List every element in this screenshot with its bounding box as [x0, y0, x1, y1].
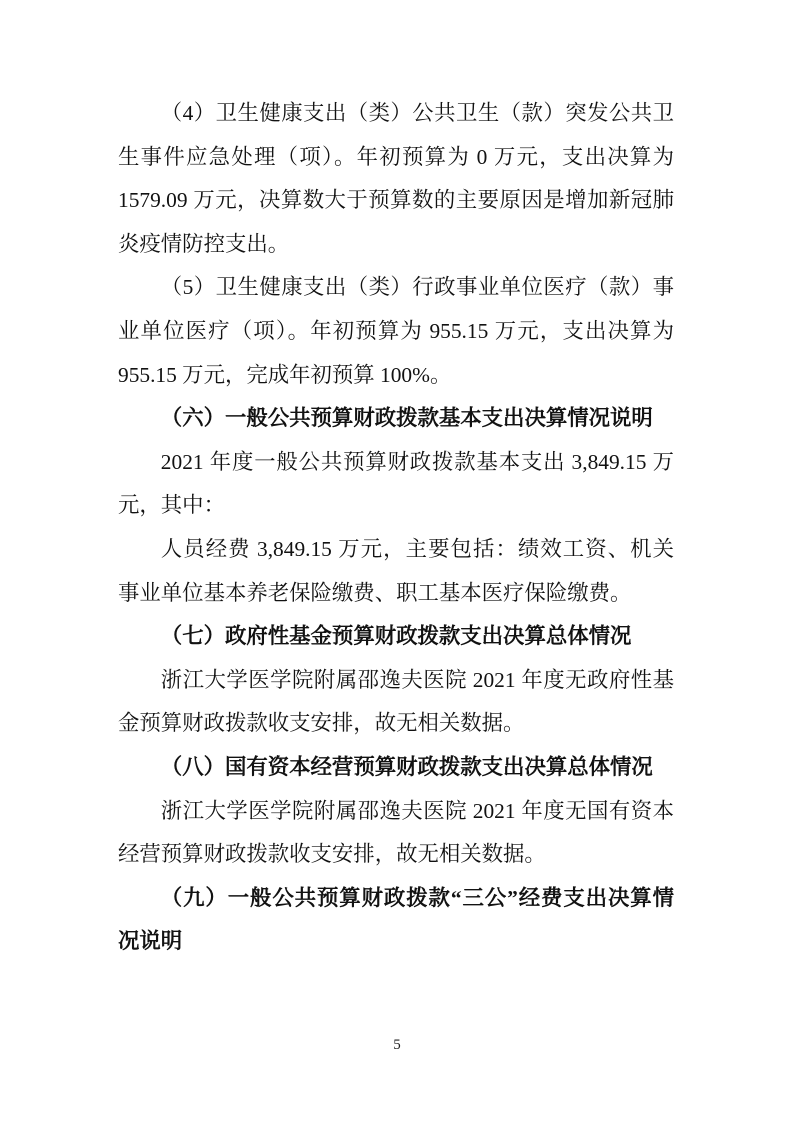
paragraph-section-seven: 浙江大学医学院附属邵逸夫医院 2021 年度无政府性基金预算财政拨款收支安排，故… — [118, 659, 674, 746]
paragraph-section-eight: 浙江大学医学院附属邵逸夫医院 2021 年度无国有资本经营预算财政拨款收支安排，… — [118, 790, 674, 877]
heading-section-nine: （九）一般公共预算财政拨款“三公”经费支出决算情况说明 — [118, 877, 674, 964]
paragraph-section-six-total: 2021 年度一般公共预算财政拨款基本支出 3,849.15 万元，其中： — [118, 441, 674, 528]
heading-section-eight: （八）国有资本经营预算财政拨款支出决算总体情况 — [118, 746, 674, 790]
paragraph-personnel-funds: 人员经费 3,849.15 万元，主要包括：绩效工资、机关事业单位基本养老保险缴… — [118, 528, 674, 615]
page-number: 5 — [0, 1035, 794, 1055]
heading-section-seven: （七）政府性基金预算财政拨款支出决算总体情况 — [118, 615, 674, 659]
document-page: （4）卫生健康支出（类）公共卫生（款）突发公共卫生事件应急处理（项）。年初预算为… — [0, 0, 794, 1123]
paragraph-item-5: （5）卫生健康支出（类）行政事业单位医疗（款）事业单位医疗（项）。年初预算为 9… — [118, 266, 674, 397]
paragraph-item-4: （4）卫生健康支出（类）公共卫生（款）突发公共卫生事件应急处理（项）。年初预算为… — [118, 92, 674, 266]
document-body: （4）卫生健康支出（类）公共卫生（款）突发公共卫生事件应急处理（项）。年初预算为… — [118, 92, 674, 964]
heading-section-six: （六）一般公共预算财政拨款基本支出决算情况说明 — [118, 397, 674, 441]
